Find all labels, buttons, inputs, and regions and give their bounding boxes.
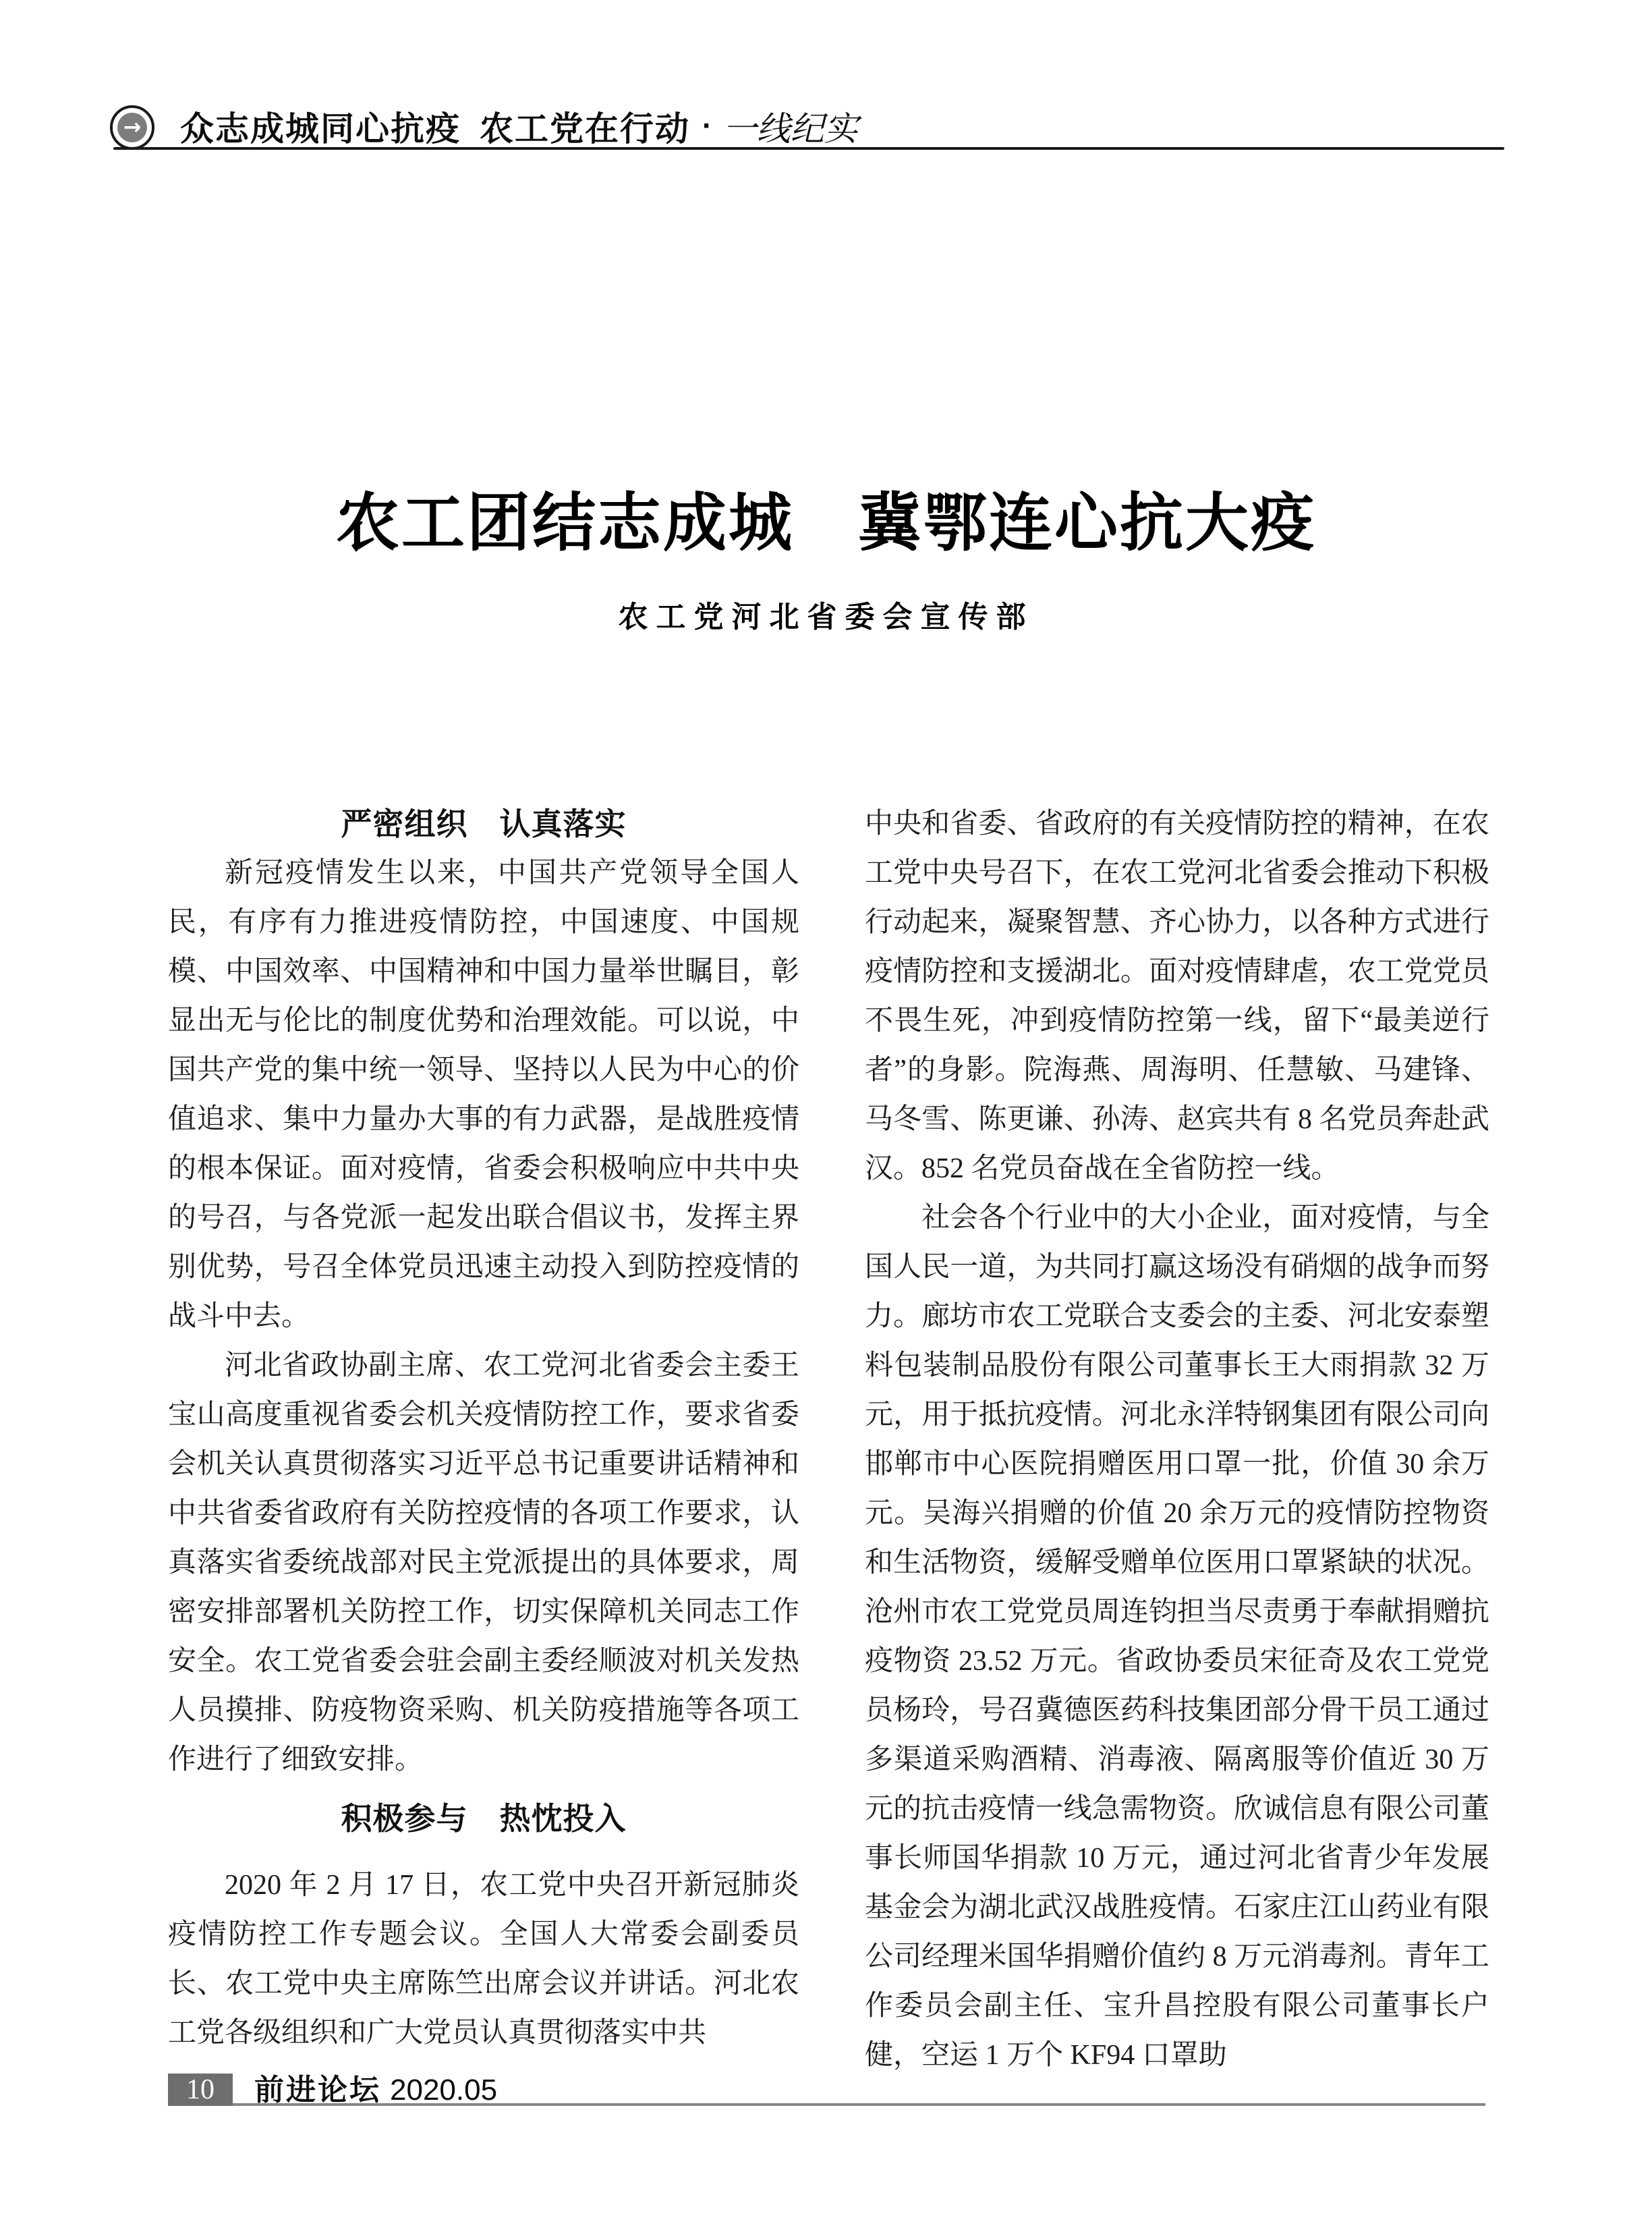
header-slogan: 众志成城同心抗疫	[180, 102, 461, 150]
paragraph: 社会各个行业中的大小企业，面对疫情，与全国人民一道，为共同打赢这场没有硝烟的战争…	[865, 1194, 1489, 2080]
paragraph: 2020 年 2 月 17 日，农工党中央召开新冠肺炎疫情防控工作专题会议。全国…	[168, 1861, 799, 2058]
header-tagline: 一线纪实	[723, 102, 858, 150]
paragraph: 河北省政协副主席、农工党河北省委会主委王宝山高度重视省委会机关疫情防控工作，要求…	[168, 1341, 799, 1785]
article-title-part2: 冀鄂连心抗大疫	[858, 487, 1316, 558]
header-series: 农工党在行动	[480, 102, 690, 150]
arrow-circle-disc: →	[117, 113, 147, 142]
right-column: 中央和省委、省政府的有关疫情防控的精神，在农工党中央号召下，在农工党河北省委会推…	[865, 800, 1489, 2080]
magazine-page: → 众志成城同心抗疫 农工党在行动 · 一线纪实 农工团结志成城冀鄂连心抗大疫 …	[0, 0, 1652, 2226]
journal-issue: 2020.05	[390, 2074, 497, 2107]
paragraph: 新冠疫情发生以来，中国共产党领导全国人民，有序有力推进疫情防控，中国速度、中国规…	[168, 849, 799, 1341]
article-body: 严密组织 认真落实 新冠疫情发生以来，中国共产党领导全国人民，有序有力推进疫情防…	[168, 800, 1489, 2080]
header-separator: ·	[702, 109, 712, 143]
paragraph-continuation: 中央和省委、省政府的有关疫情防控的精神，在农工党中央号召下，在农工党河北省委会推…	[865, 800, 1489, 1194]
page-number-badge: 10	[168, 2074, 233, 2106]
arrow-circle-icon: →	[110, 105, 154, 150]
section-heading-1: 严密组织 认真落实	[168, 800, 799, 849]
article-author: 农工党河北省委会宣传部	[0, 592, 1652, 636]
section-heading-2: 积极参与 热忱投入	[168, 1794, 799, 1843]
article-title-part1: 农工团结志成城	[336, 487, 794, 558]
footer-rule	[233, 2103, 1485, 2106]
left-column: 严密组织 认真落实 新冠疫情发生以来，中国共产党领导全国人民，有序有力推进疫情防…	[168, 800, 799, 2080]
journal-name: 前进论坛	[254, 2074, 381, 2107]
header-strip: 众志成城同心抗疫 农工党在行动 · 一线纪实	[180, 105, 858, 147]
article-title: 农工团结志成城冀鄂连心抗大疫	[0, 487, 1652, 558]
right-arrow-icon: →	[123, 116, 142, 138]
